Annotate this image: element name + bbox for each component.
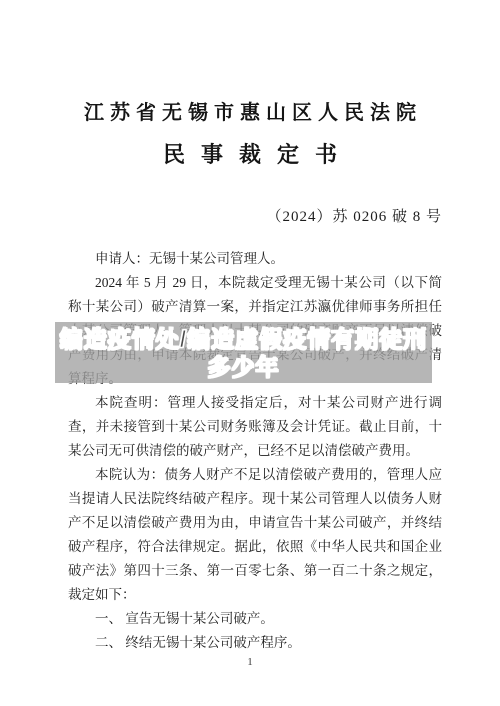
document-type-title: 民事裁定书 [0, 138, 500, 169]
court-ruling-page: 江苏省无锡市惠山区人民法院 民事裁定书 （2024）苏 0206 破 8 号 申… [0, 0, 500, 706]
ruling-item-2: 二、 终结无锡十某公司破产程序。 [68, 631, 442, 655]
watermark-text-line1: 编造疫情处/编造虚假疫情有期徒刑 [60, 325, 427, 353]
paragraph-applicant: 申请人：无锡十某公司管理人。 [68, 247, 442, 271]
paragraph-court-findings: 本院查明：管理人接受指定后，对十某公司财产进行调查，并未接管到十某公司财务账簿及… [68, 391, 442, 463]
watermark-overlay: 编造疫情处/编造虚假疫情有期徒刑 多少年 [55, 322, 432, 383]
paragraph-court-opinion: 本院认为：债务人财产不足以清偿破产费用的，管理人应当提请人民法院终结破产程序。现… [68, 463, 442, 607]
ruling-item-1: 一、 宣告无锡十某公司破产。 [68, 607, 442, 631]
document-body: 申请人：无锡十某公司管理人。 2024 年 5 月 29 日，本院裁定受理无锡十… [68, 247, 442, 655]
court-name: 江苏省无锡市惠山区人民法院 [0, 96, 500, 125]
case-number: （2024）苏 0206 破 8 号 [266, 205, 442, 226]
watermark-text-line2: 多少年 [208, 353, 280, 381]
page-number: 1 [0, 656, 500, 668]
